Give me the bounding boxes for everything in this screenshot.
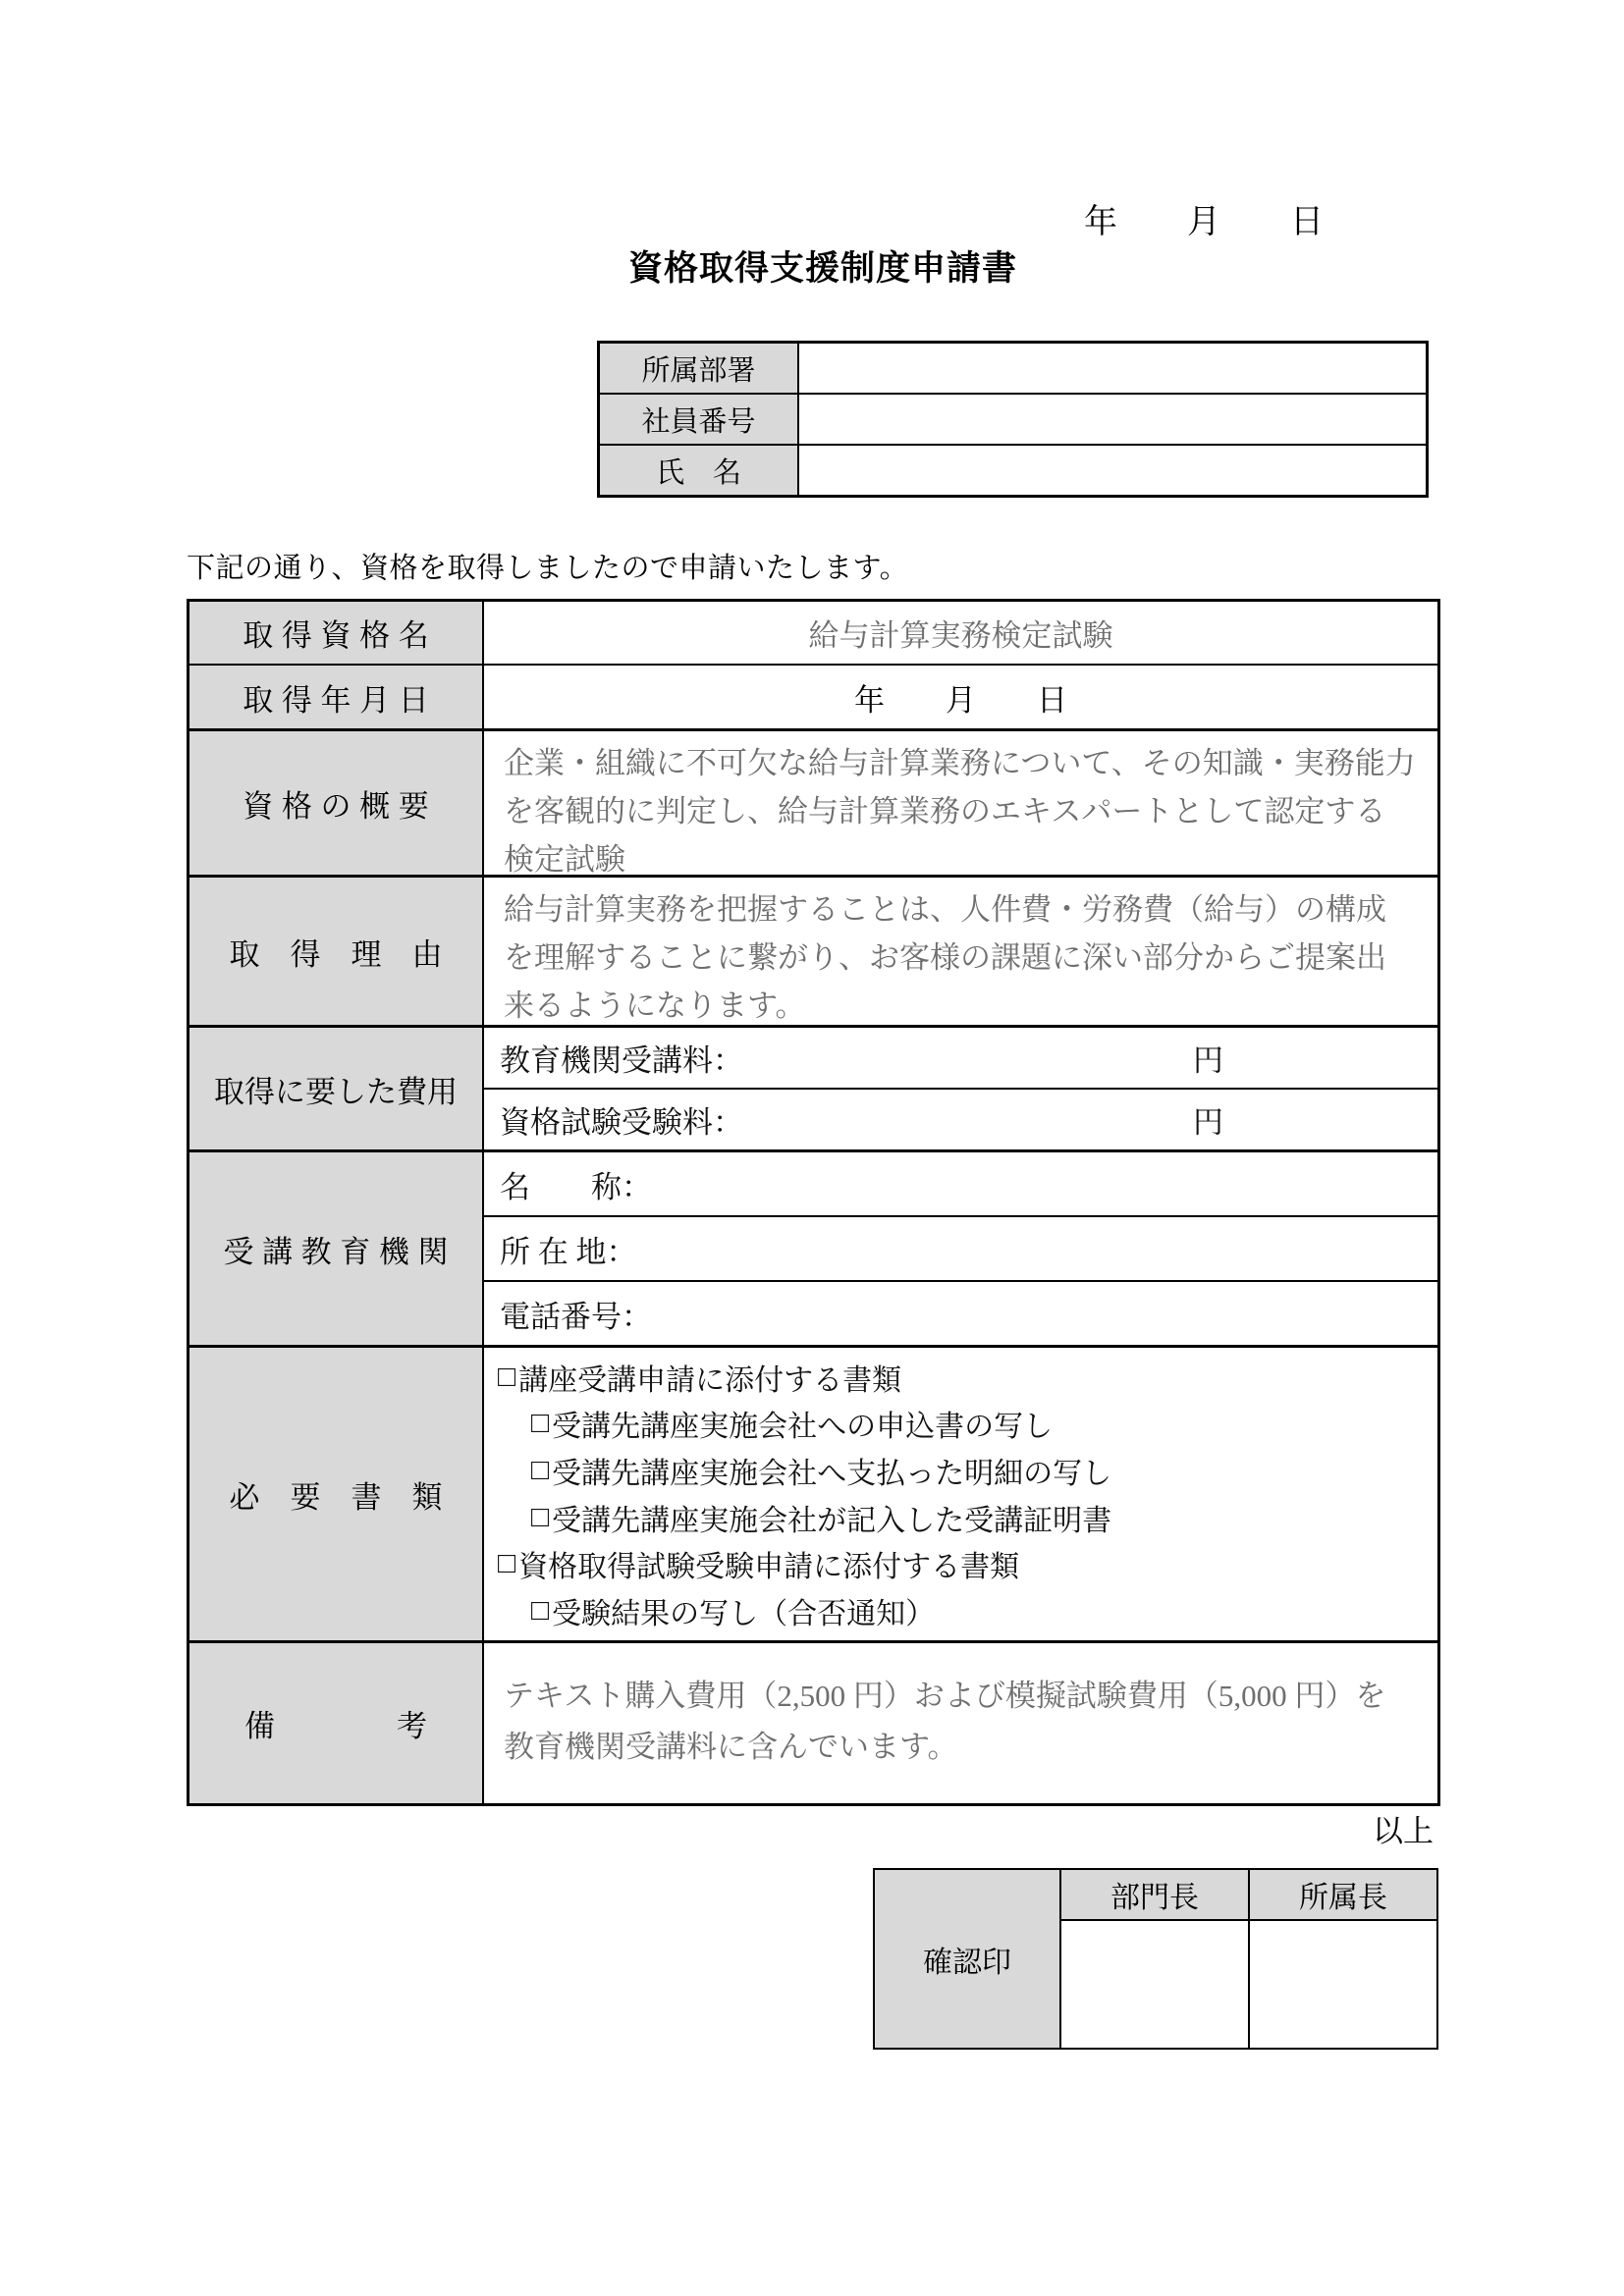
institution-phone-field[interactable]: 電話番号： (484, 1280, 1437, 1345)
checkbox-icon[interactable]: □ (498, 1361, 515, 1394)
table-row-qualification-name: 取 得 資 格 名 給与計算実務検定試験 (189, 602, 1437, 664)
documents-label: 必 要 書 類 (189, 1348, 484, 1640)
yen-unit: 円 (1193, 1097, 1223, 1142)
checkbox-icon[interactable]: □ (531, 1407, 549, 1440)
list-item: □ 受講先講座実施会社が記入した受講証明書 (484, 1496, 1437, 1539)
document-item-text: 受講先講座実施会社への申込書の写し (552, 1402, 1053, 1445)
checkbox-icon[interactable]: □ (531, 1501, 549, 1534)
list-item: □ 受講先講座実施会社への申込書の写し (484, 1402, 1437, 1445)
institution-label: 受 講 教 育 機 関 (189, 1152, 484, 1345)
employee-number-field[interactable] (799, 395, 1426, 444)
table-row-institution: 受 講 教 育 機 関 名 称： 所 在 地： 電話番号： (189, 1149, 1437, 1345)
approval-stamp-label: 確認印 (875, 1870, 1061, 2048)
document-item-text: 講座受講申請に添付する書類 (518, 1356, 901, 1399)
name-field[interactable] (799, 446, 1426, 495)
employee-number-label: 社員番号 (600, 395, 799, 444)
table-row: 社員番号 (600, 393, 1426, 444)
document-item-text: 受講先講座実施会社へ支払った明細の写し (552, 1449, 1111, 1492)
acquisition-date-field[interactable]: 年 月 日 (484, 666, 1437, 728)
qualification-name-label: 取 得 資 格 名 (189, 602, 484, 664)
table-row-reason: 取 得 理 由 給与計算実務を把握することは、人件費・労務費（給与）の構成を理解… (189, 875, 1437, 1025)
institution-name-field[interactable]: 名 称： (484, 1152, 1437, 1215)
institution-name-label: 名 称： (500, 1162, 652, 1206)
page-title: 資格取得支援制度申請書 (628, 241, 1017, 291)
document-item-text: 受講先講座実施会社が記入した受講証明書 (552, 1496, 1111, 1539)
institution-address-label: 所 在 地： (500, 1227, 637, 1271)
costs-label: 取得に要した費用 (189, 1028, 484, 1149)
table-row-documents: 必 要 書 類 □ 講座受講申請に添付する書類 □ 受講先講座実施会社への申込書… (189, 1345, 1437, 1640)
division-head-header: 部門長 (1061, 1870, 1250, 1919)
tuition-fee-field[interactable]: 教育機関受講料： 円 (484, 1028, 1437, 1088)
intro-statement: 下記の通り、資格を取得しましたので申請いたします。 (187, 546, 908, 586)
institution-phone-label: 電話番号： (500, 1292, 652, 1336)
exam-fee-label: 資格試験受験料： (500, 1097, 743, 1142)
table-row-costs: 取得に要した費用 教育機関受講料： 円 資格試験受験料： 円 (189, 1025, 1437, 1149)
summary-text: 企業・組織に不可欠な給与計算業務について、その知識・実務能力を客観的に判定し、給… (484, 731, 1437, 875)
table-row-notes: 備 考 テキスト購入費用（2,500 円）および模擬試験費用（5,000 円）を… (189, 1640, 1437, 1803)
acquisition-date-label: 取 得 年 月 日 (189, 666, 484, 728)
institution-address-field[interactable]: 所 在 地： (484, 1215, 1437, 1280)
department-field[interactable] (799, 344, 1426, 393)
checkbox-icon[interactable]: □ (531, 1454, 549, 1487)
table-row-acquisition-date: 取 得 年 月 日 年 月 日 (189, 664, 1437, 728)
table-row: 所属部署 (600, 344, 1426, 393)
qualification-detail-table: 取 得 資 格 名 給与計算実務検定試験 取 得 年 月 日 年 月 日 資 格… (187, 599, 1440, 1806)
date-line: 年 月 日 (1084, 194, 1325, 242)
reason-label: 取 得 理 由 (189, 878, 484, 1025)
checkbox-icon[interactable]: □ (498, 1547, 515, 1580)
document-item-text: 受験結果の写し（合否通知） (552, 1589, 935, 1632)
yen-unit: 円 (1193, 1036, 1223, 1080)
applicant-info-table: 所属部署 社員番号 氏 名 (597, 341, 1429, 498)
list-item: □ 講座受講申請に添付する書類 (484, 1356, 1437, 1399)
section-head-stamp-cell[interactable] (1250, 1921, 1436, 2048)
reason-text: 給与計算実務を把握することは、人件費・労務費（給与）の構成を理解することに繋がり… (484, 878, 1437, 1025)
closing-mark: 以上 (1373, 1806, 1434, 1850)
table-row-summary: 資 格 の 概 要 企業・組織に不可欠な給与計算業務について、その知識・実務能力… (189, 728, 1437, 875)
notes-label: 備 考 (189, 1643, 484, 1803)
list-item: □ 受験結果の写し（合否通知） (484, 1589, 1437, 1632)
division-head-stamp-cell[interactable] (1061, 1921, 1250, 2048)
exam-fee-field[interactable]: 資格試験受験料： 円 (484, 1088, 1437, 1149)
notes-text: テキスト購入費用（2,500 円）および模擬試験費用（5,000 円）を教育機関… (484, 1643, 1437, 1803)
list-item: □ 資格取得試験受験申請に添付する書類 (484, 1542, 1437, 1585)
summary-label: 資 格 の 概 要 (189, 731, 484, 875)
document-item-text: 資格取得試験受験申請に添付する書類 (518, 1542, 1019, 1585)
qualification-name-value: 給与計算実務検定試験 (484, 602, 1437, 664)
tuition-fee-label: 教育機関受講料： (500, 1036, 743, 1080)
name-label: 氏 名 (600, 446, 799, 495)
application-form-page: 年 月 日 資格取得支援制度申請書 所属部署 社員番号 氏 名 下記の通り、資格… (0, 0, 1624, 2296)
department-label: 所属部署 (600, 344, 799, 393)
section-head-header: 所属長 (1250, 1870, 1436, 1919)
table-row: 氏 名 (600, 444, 1426, 495)
approval-stamp-table: 確認印 部門長 所属長 (873, 1868, 1438, 2050)
checkbox-icon[interactable]: □ (531, 1594, 549, 1628)
list-item: □ 受講先講座実施会社へ支払った明細の写し (484, 1449, 1437, 1492)
